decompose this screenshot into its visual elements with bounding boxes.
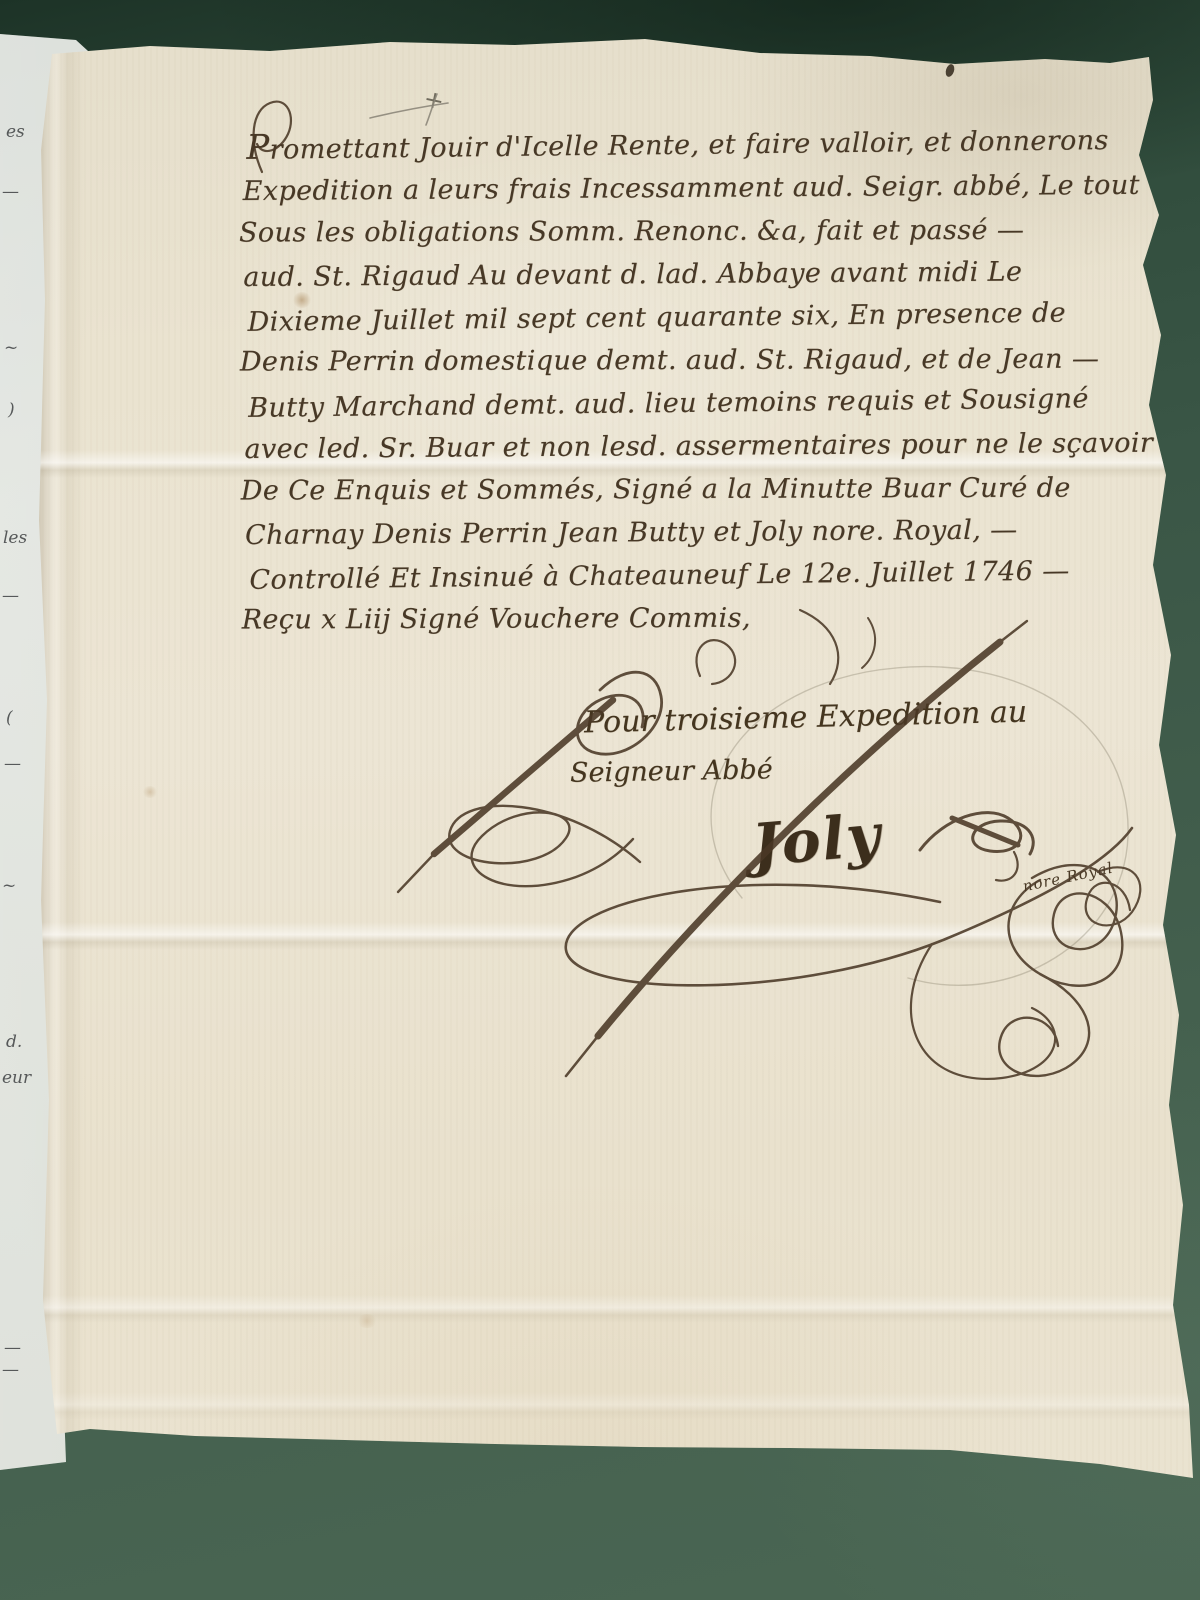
photo-background: es — ~ ) les — ( — ~ d. eur — — + Promet… [0,0,1200,1600]
manuscript-line: Reçu x Liij Signé Vouchere Commis, [242,596,1102,642]
fold-crease [32,1295,1200,1323]
archival-plus-mark: + [421,84,446,116]
manuscript-line: De Ce Enquis et Sommés, Signé a la Minut… [241,467,1101,513]
paper-stain [356,1314,378,1328]
fold-crease [32,1392,1200,1420]
margin-fragment: ( [6,710,13,727]
manuscript-line: Promettant Jouir d'Icelle Rente, et fair… [246,117,1106,172]
margin-fragment: d. [6,1034,22,1051]
manuscript-page: + Promettant Jouir d'Icelle Rente, et fa… [0,0,1200,1600]
manuscript-line: Sous les obligations Somm. Renonc. &a, f… [239,209,1099,255]
manuscript-text: Promettant Jouir d'Icelle Rente, et fair… [242,119,1106,643]
margin-fragment: — [2,1362,19,1379]
margin-fragment: ~ [4,340,18,357]
closing-formula-line2: Seigneur Abbé [570,754,773,789]
margin-fragment: — [2,588,19,605]
margin-fragment: — [4,756,21,773]
margin-fragment: les [3,530,27,547]
fold-crease [32,922,1200,950]
notary-signature: Joly [749,800,884,879]
margin-fragment: — [2,184,19,201]
margin-fragment: — [4,1340,21,1357]
closing-formula-line1: Pour troisieme Expedition au [584,695,1028,741]
margin-fragment: ) [8,402,15,419]
manuscript-line: avec led. Sr. Buar et non lesd. assermen… [244,422,1104,471]
paper-stain [142,786,158,798]
manuscript-line: Dixieme Juillet mil sept cent quarante s… [247,291,1107,344]
margin-fragment: es [6,124,25,141]
margin-fragment: ~ [2,878,16,895]
margin-fragment: eur [2,1070,31,1087]
notary-title: nore Royal [1021,859,1115,896]
manuscript-line: Denis Perrin domestique demt. aud. St. R… [240,338,1100,384]
manuscript-line: Controllé Et Insinué à Chateauneuf Le 12… [249,549,1109,602]
ink-blot [944,63,956,78]
manuscript-line: Expedition a leurs frais Incessamment au… [243,164,1103,213]
